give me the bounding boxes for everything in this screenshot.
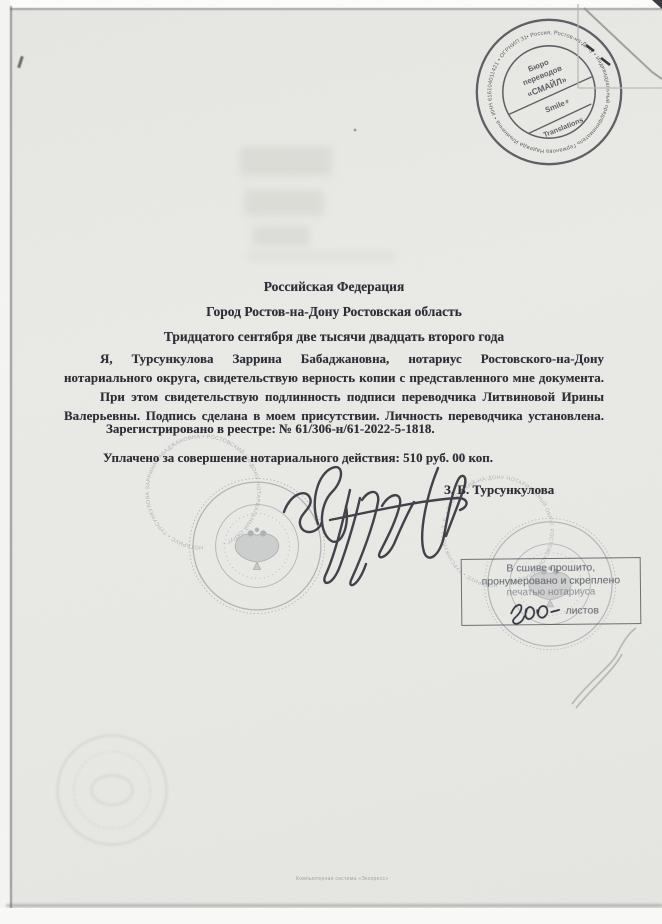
folded-corner	[560, 0, 662, 100]
footer-microtext: Компьютерная система «Экспресс»	[296, 876, 388, 882]
body-text-line: нотариального округа, свидетельствую вер…	[64, 368, 604, 387]
heading-country: Российская Федерация	[64, 277, 604, 296]
heading-date: Тридцатого сентября две тысячи двадцать …	[64, 327, 604, 346]
binding-stamp-line3: печатью нотариуса	[462, 586, 640, 600]
scanner-margin-left	[0, 0, 10, 924]
bleedthrough-ghost	[246, 252, 396, 260]
heading-city: Город Ростов-на-Дону Ростовская область	[64, 302, 604, 321]
scanned-notarial-certificate: НОТАРИУС • ТУРСУНКУЛОВА ЗАРРИНА БАБАДЖАН…	[0, 0, 662, 924]
bleedthrough-ghost	[240, 146, 332, 176]
faint-ghost-seal	[53, 731, 171, 849]
bleedthrough-ghost	[244, 190, 324, 216]
ink-speck	[566, 100, 568, 103]
bleedthrough-ghost	[252, 226, 310, 246]
page-edge-bottom	[6, 904, 662, 907]
bureau-line4: Smile	[544, 98, 567, 114]
scanner-margin-bottom	[0, 908, 662, 924]
body-text-line: Я, Турсункулова Заррина Бабаджановна, но…	[64, 349, 604, 368]
notary-signature	[230, 425, 480, 600]
ink-speck	[354, 129, 356, 131]
page-edge-left	[10, 6, 12, 916]
paper-crease	[540, 608, 660, 718]
body-text-line: При этом свидетельствую подлинность подп…	[64, 387, 604, 406]
